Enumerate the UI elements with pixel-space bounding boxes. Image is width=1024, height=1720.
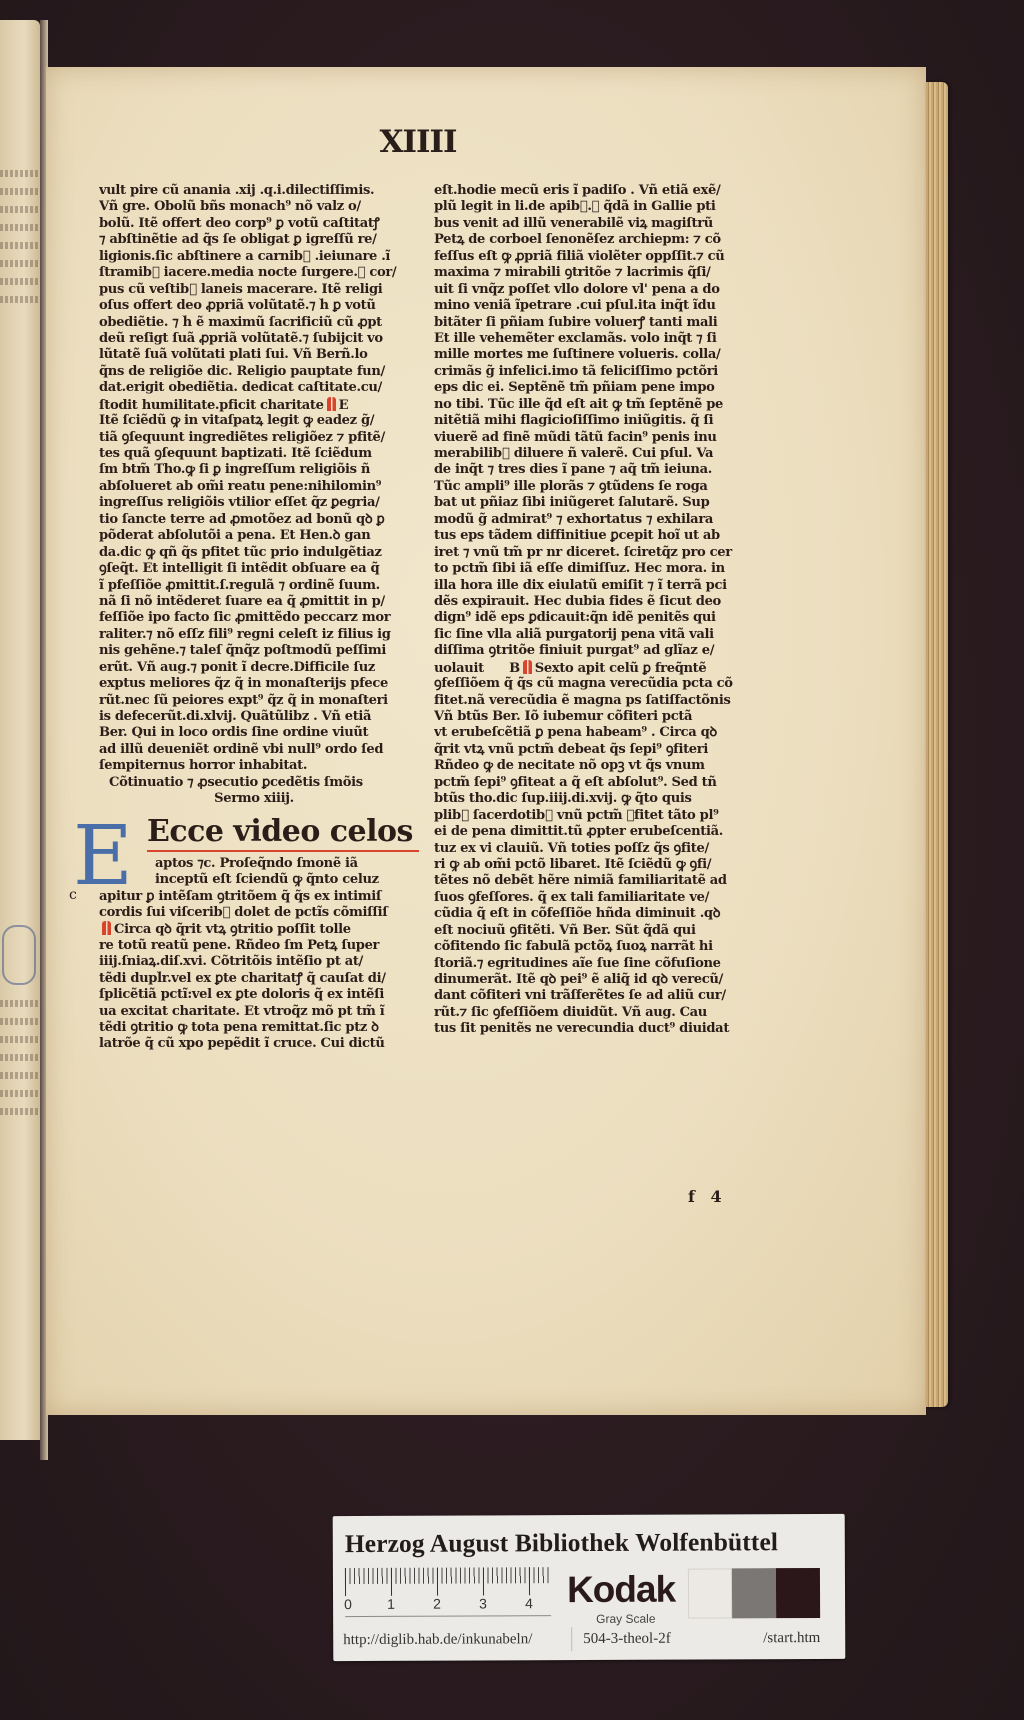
ruler-major-tick xyxy=(437,1568,438,1596)
ruler-number: 0 xyxy=(344,1596,352,1612)
text-line: ligionis.ſic abſtinere a carnib᷑ .ieiuna… xyxy=(99,249,409,265)
text-line: ri ꝙ ab om̃i pctõ libaret. Itẽ ſciẽdũ ꝙ … xyxy=(434,857,764,873)
url-suffix: /start.htm xyxy=(763,1630,820,1647)
signature-mark: f 4 xyxy=(688,1187,722,1206)
text-line: tẽdi ꝯtritio ꝙ tota pena remittat.ſic pt… xyxy=(99,1020,409,1036)
text-line: ſuos ꝯfeſſores. q̃ ex tali familiaritate… xyxy=(434,890,764,906)
text-line: bat ut pñiaz ſibi iniũgeret ſalutarẽ. Su… xyxy=(434,495,764,511)
text-line: nã ſi nõ intẽderet ſuare ea q̃ ꝓmittit i… xyxy=(99,594,409,610)
text-line: dant cõfiteri vni trãſferẽtes ſe ad aliũ… xyxy=(434,988,764,1004)
facing-text-ghost xyxy=(0,170,38,177)
ruler-number: 2 xyxy=(433,1596,441,1612)
text-line: dign⁹ idẽ eps ꝑdicauit:q̃n idẽ penitẽs q… xyxy=(434,610,764,626)
gray-swatch-dark xyxy=(776,1568,820,1618)
text-span: Sexto apit celũ ꝑ freq̃ntẽ xyxy=(535,661,707,676)
text-line: ſtoriã.⁊ egritudines aĩe ſue ſine cõfuſi… xyxy=(434,956,764,972)
text-line: de inq̃t ⁊ tres dies ĩ pane ⁊ aq̃ tm̃ ie… xyxy=(434,462,764,478)
sermon-heading-block: E c Ecce video celos xyxy=(99,808,409,890)
text-line: ſic ſine vlla aliã purgatorij pena vitã … xyxy=(434,627,764,643)
text-line: raliter.⁊ nõ eſſz fili⁹ regni celeſt iz … xyxy=(99,627,409,643)
text-line: pctm̃ ſepi⁹ ꝯfiteat a q̃ eſt abſolut⁹. S… xyxy=(434,775,764,791)
text-line: apitur ꝑ intẽſam ꝯtritõem q̃ q̃s ex inti… xyxy=(99,889,409,905)
text-line: Tũc ampli⁹ ille plorãs ⁊ ꝯtũdens ſe roga xyxy=(434,479,764,495)
text-line: pus cũ veſtib᷑ laneis macerare. Itẽ reli… xyxy=(99,282,409,298)
text-line: rũt.nec ſũ peiores expt⁹ q̃z q̃ in monaſ… xyxy=(99,693,409,709)
text-line: tus eps tãdem diffinitiue ꝑcepit hoĩ ut … xyxy=(434,528,764,544)
text-line: ſempiternus horror inhabitat. xyxy=(99,758,409,774)
text-line: exptus meliores q̃z q̃ in monaſterijs pf… xyxy=(99,676,409,692)
text-line: modũ g̃ admirat⁹ ⁊ exhortatus ⁊ exhilara xyxy=(434,512,764,528)
text-line: ĩ pfeſſiõe ꝓmittit.ſ.regulã ⁊ ordinẽ ſuu… xyxy=(99,578,409,594)
text-line: Vñ btũs Ber. Iõ iubemur cõfiteri pctã xyxy=(434,709,764,725)
facing-initial-decoration xyxy=(2,925,36,985)
text-line: vult pire cũ anania .xij .q.i.dilectiſſi… xyxy=(99,183,409,199)
paragraph-mark-rubric xyxy=(327,397,336,411)
text-line: põderat abſolutõi a pena. Et Hen.ꝺ gan xyxy=(99,528,409,544)
text-line: bitãter ſi pñiam ſubire voluerꝭ tanti ma… xyxy=(434,315,764,331)
text-line: diſſima ꝯtritõe finiuit purgat⁹ ad glĩaz… xyxy=(434,643,764,659)
facing-text-ghost xyxy=(0,1054,38,1061)
left-column: vult pire cũ anania .xij .q.i.dilectiſſi… xyxy=(99,183,409,1053)
incipit-heading: Ecce video celos xyxy=(147,814,419,852)
facing-text-ghost xyxy=(0,1090,38,1097)
facing-text-ghost xyxy=(0,224,38,231)
facing-text-ghost xyxy=(0,260,38,267)
text-line: mino veniã ĩpetrare .cui pſul.ita inq̃t … xyxy=(434,298,764,314)
text-line: tẽtes nõ debẽt hẽre nimiã familiaritatẽ … xyxy=(434,873,764,889)
folio-number: XIIII xyxy=(378,124,458,160)
text-line: cũdia q̃ eſt in cõfeſſiõe hñda diminuit … xyxy=(434,906,764,922)
text-line: rũt.⁊ ſic ꝯfeſſiõem diuidũt. Vñ aug. Cau xyxy=(434,1005,764,1021)
text-line: ad illũ deueniẽt ordinẽ vbi null⁹ ordo ſ… xyxy=(99,742,409,758)
paragraph-mark-rubric xyxy=(523,660,532,674)
text-line: latrõe q̃ cũ xpo pepẽdit ĩ cruce. Cui di… xyxy=(99,1036,409,1052)
text-line: plib᷑ ſacerdotib᷑ vnũ pctm̃ ꝯfitet tãto … xyxy=(434,808,764,824)
text-line: plũ legit in li.de apib᷑.ꝙ q̃dã in Galli… xyxy=(434,199,764,215)
facing-text-ghost xyxy=(0,1108,38,1115)
text-line: feſſus eſt ꝙ ꝓpriã filiã violẽter oppſſi… xyxy=(434,249,764,265)
facing-page-verso xyxy=(0,20,40,1440)
text-line: eſt.hodie mecũ eris ĩ padiſo . Vñ etiã e… xyxy=(434,183,764,199)
ruler-number: 3 xyxy=(479,1595,487,1611)
ruler-minor-ticks xyxy=(345,1567,551,1584)
text-line: fitet.nã verecũdia ẽ magna ps ſatiſfactõ… xyxy=(434,693,764,709)
facing-text-ghost xyxy=(0,1036,38,1043)
facing-text-ghost xyxy=(0,1072,38,1079)
text-span: E xyxy=(339,398,349,413)
facing-text-ghost xyxy=(0,296,38,303)
facing-text-ghost xyxy=(0,188,38,195)
text-line: re totũ reatũ pene. Rñdeo ſm Petꝝ ſuper xyxy=(99,938,409,954)
paragraph-mark-rubric xyxy=(102,921,111,935)
text-line: tes quã ꝯſequunt baptizati. Itẽ ſciẽdum xyxy=(99,446,409,462)
text-line: tuz ex vi clauiũ. Vñ toties poſſz q̃s ꝯf… xyxy=(434,841,764,857)
text-line: dat.erigit obediẽtia. dedicat caſtitate.… xyxy=(99,380,409,396)
text-line: to pctm̃ ſibi iã eſſe dimiſſuz. Hec mora… xyxy=(434,561,764,577)
text-line: ſm btm̃ Tho.ꝙ ſi ꝑ ingreſſum religiõis ñ xyxy=(99,462,409,478)
facing-text-ghost xyxy=(0,278,38,285)
text-line: bus venit ad illũ venerabilẽ viꝝ magiſtr… xyxy=(434,216,764,232)
ruler-major-tick xyxy=(345,1568,346,1596)
text-line: Ber. Qui in loco ordis ſine ordine viuũt xyxy=(99,725,409,741)
sermon-intro: Cõtinuatio ⁊ ꝓsecutio ꝑcedẽtis ſmõis xyxy=(99,775,409,791)
gray-swatch-mid xyxy=(732,1568,776,1618)
initial-guide-letter: c xyxy=(69,854,77,936)
text-line: feſſiõe ipo facto ſic ꝓmittẽdo peccarz m… xyxy=(99,610,409,626)
text-span: B xyxy=(509,661,520,676)
text-line: eſt nociuũ ꝯfitẽti. Vñ Ber. Sũt q̃dã qui xyxy=(434,923,764,939)
text-line: uolauit BSexto apit celũ ꝑ freq̃ntẽ xyxy=(434,660,764,676)
url-prefix: http://diglib.hab.de/inkunabeln/ xyxy=(343,1631,532,1649)
kodak-logo: Kodak xyxy=(567,1569,675,1611)
text-line: ꝯſeq̃t. Et intelligit ſi intẽdit obſuare… xyxy=(99,561,409,577)
text-line: ingreſſus religiõis vtilior eſſet q̃z ꝑe… xyxy=(99,495,409,511)
text-line: iret ⁊ vnũ tm̃ pr nr diceret. ſciretq̃z … xyxy=(434,545,764,561)
text-line: ſplicẽtiã pctĩ:vel ex ꝑte doloris q̃ ex … xyxy=(99,987,409,1003)
text-line: erũt. Vñ aug.⁊ ponit ĩ decre.Difficile ſ… xyxy=(99,660,409,676)
text-line: abſolueret ab om̃i reatu pene:nihilomin⁹ xyxy=(99,479,409,495)
gray-swatch-light xyxy=(688,1568,732,1618)
text-line: illa hora ille dix eiulatũ emiſit ⁊ ĩ te… xyxy=(434,578,764,594)
library-color-target-label: Herzog August Bibliothek Wolfenbüttel 0 … xyxy=(333,1514,846,1661)
text-line: cordis ſui viſcerib᷑ dolet de pctĩs cõmi… xyxy=(99,905,409,921)
text-line: ſtramib᷑ iacere.media nocte ſurgere.⁊ co… xyxy=(99,265,409,281)
facing-text-ghost xyxy=(0,1018,38,1025)
ruler-number: 1 xyxy=(387,1596,395,1612)
text-line: ſtodit humilitate.pficit charitateE xyxy=(99,397,409,413)
text-line: uit ſi vnq̃z poſſet vllo dolore vl' pena… xyxy=(434,282,764,298)
text-span: ſtodit humilitate.pficit charitate xyxy=(99,398,324,413)
text-line: deũ reſigt ſuã ꝓpriã volũtatẽ.⁊ ſubijcit… xyxy=(99,331,409,347)
text-line: ua excitat charitate. Et vtroq̃z mõ pt t… xyxy=(99,1004,409,1020)
text-line: cõfitendo ſic fabulã pctõꝝ ſuoꝝ narrãt h… xyxy=(434,939,764,955)
text-line: q̃ns de religiõe dic. Religio pauptate f… xyxy=(99,364,409,380)
text-line: is defecerũt.di.xlvij. Quãtũlibz . Vñ et… xyxy=(99,709,409,725)
gray-scale-caption: Gray Scale xyxy=(596,1612,655,1626)
text-line: no tibi. Tũc ille q̃d eſt ait ꝙ tm̃ ſept… xyxy=(434,397,764,413)
text-line: Petꝝ de corboel ſenonẽſez archiepm: ⁊ cõ xyxy=(434,232,764,248)
text-line: crimãs g̃ infelici.imo tã feliciſſimo pc… xyxy=(434,364,764,380)
text-line: dinumerãt. Itẽ qꝺ pei⁹ ẽ aliq̃ id qꝺ ver… xyxy=(434,972,764,988)
sermon-title: Sermo xiiij. xyxy=(99,791,409,807)
text-line: nitẽtiã mihi flagicioſiſſimo iniũgitis. … xyxy=(434,413,764,429)
decorated-initial: E c xyxy=(73,816,131,898)
initial-letter: E xyxy=(73,809,133,904)
ruler-number: 4 xyxy=(525,1595,533,1611)
text-line: obediẽtie. ⁊ h̃ ẽ maximũ ſacrificiũ cũ ꝓ… xyxy=(99,315,409,331)
text-line: iiij.ſniaꝝ.diſ.xvi. Cõtritõis intẽſio pt… xyxy=(99,954,409,970)
text-line: vt erubeſcẽtiã ꝑ pena habeam⁹ . Circa qꝺ xyxy=(434,725,764,741)
ruler-major-tick xyxy=(391,1568,392,1596)
library-name: Herzog August Bibliothek Wolfenbüttel xyxy=(345,1527,778,1559)
text-line: tiã ꝯſequunt ingrediẽtes religiõez ⁊ pfi… xyxy=(99,430,409,446)
text-line: eps dic ei. Septẽnẽ tm̃ pñiam pene impo xyxy=(434,380,764,396)
text-line xyxy=(434,1038,764,1054)
text-line: Circa qꝺ q̃rit vtꝝ ꝯtritio poſſit tolle xyxy=(99,921,409,937)
facing-text-ghost xyxy=(0,206,38,213)
text-line: tus ſit penitẽs ne verecundia duct⁹ diui… xyxy=(434,1021,764,1037)
text-line: tẽdi dupl̃r.vel ex ꝑte charitatꝭ q̃ cauſ… xyxy=(99,971,409,987)
text-line: oſus offert deo ꝓpriã volũtatẽ.⁊ h̃ ꝑ vo… xyxy=(99,298,409,314)
facing-text-ghost xyxy=(0,242,38,249)
text-line: viuerẽ ad finẽ mũdi tãtũ facin⁹ penis in… xyxy=(434,430,764,446)
text-line: btũs tho.dic ſup.iiij.di.xvij. ꝙ q̃to qu… xyxy=(434,791,764,807)
text-line: Vñ gre. Obolũ bñs monach⁹ nõ valz o/ xyxy=(99,199,409,215)
shelfmark: 504-3-theol-2f xyxy=(583,1631,671,1648)
text-line: lũtatẽ ſuã volũtati plati ſui. Vñ Berñ.l… xyxy=(99,347,409,363)
text-line: ⁊ abſtinẽtie ad q̃s ſe obligat ꝑ igreſſũ… xyxy=(99,232,409,248)
label-divider xyxy=(571,1627,572,1651)
text-line: nis gehẽne.⁊ taleſ q̃nq̃z poſtmodũ peſſi… xyxy=(99,643,409,659)
text-line: q̃rit vtꝝ vnũ pctm̃ debeat q̃s ſepi⁹ ꝯfi… xyxy=(434,742,764,758)
page-edges xyxy=(926,82,948,1407)
text-line: ꝯfeſſiõem q̃ q̃s cũ magna verecũdia pcta… xyxy=(434,676,764,692)
facing-text-ghost xyxy=(0,1000,38,1007)
text-line: Itẽ ſciẽdũ ꝙ in vitaſpatꝝ legit ꝙ eadez … xyxy=(99,413,409,429)
measurement-ruler: 0 1 2 3 4 xyxy=(345,1567,551,1617)
right-column: eſt.hodie mecũ eris ĩ padiſo . Vñ etiã e… xyxy=(434,183,764,1054)
text-line: Et ille vehemẽter exclamãs. volo inq̃t ⁊… xyxy=(434,331,764,347)
text-line: ei de pena dimittit.tũ ꝓpter erubeſcenti… xyxy=(434,824,764,840)
text-line: Rñdeo ꝙ de necitate nõ opꝫ vt q̃s vnum xyxy=(434,758,764,774)
ruler-major-tick xyxy=(529,1567,530,1595)
text-span: uolauit xyxy=(434,661,484,676)
text-line: da.dic ꝙ qñ q̃s pfitet tũc prio indulgẽt… xyxy=(99,545,409,561)
text-line: bolũ. Itẽ offert deo corp⁹ ꝑ votũ caſtit… xyxy=(99,216,409,232)
text-span: Circa qꝺ q̃rit vtꝝ ꝯtritio poſſit tolle xyxy=(114,922,351,937)
text-line: dẽs expirauit. Hec dubia fides ẽ ſicut d… xyxy=(434,594,764,610)
text-line: merabilib᷑ diluere ñ valerẽ. Cui pſul. V… xyxy=(434,446,764,462)
ruler-major-tick xyxy=(483,1567,484,1595)
text-line: mille mortes me ſuſtinere volueris. coll… xyxy=(434,347,764,363)
text-line: maxima ⁊ mirabili ꝯtritõe ⁊ lacrimis q̃ſ… xyxy=(434,265,764,281)
text-line: tio ſancte terre ad ꝓmotõez ad bonũ qꝺ ꝑ xyxy=(99,512,409,528)
